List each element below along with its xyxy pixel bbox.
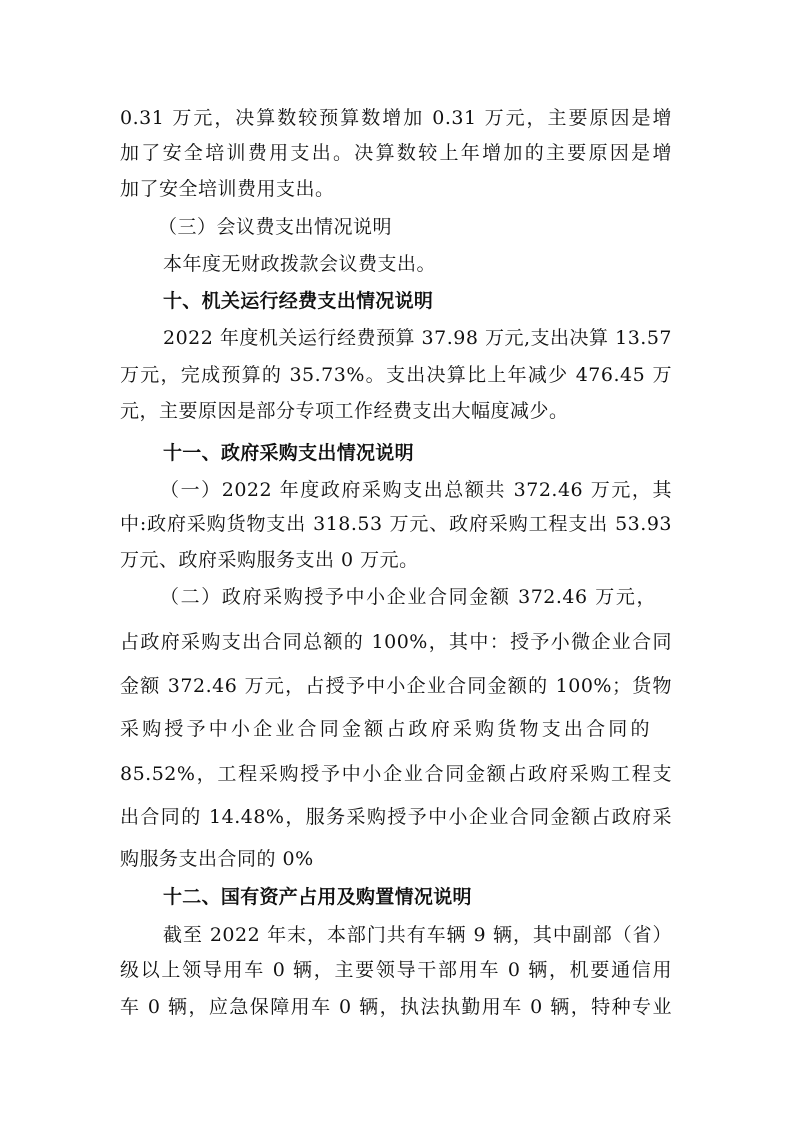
paragraph-line: 本年度无财政拨款会议费支出。 [163, 249, 672, 279]
paragraph-line: 加了安全培训费用支出。决算数较上年增加的主要原因是增 [120, 138, 672, 168]
paragraph-line: 万元、政府采购服务支出 0 万元。 [120, 545, 672, 575]
paragraph-line: 85.52%，工程采购授予中小企业合同金额占政府采购工程支 [120, 759, 672, 789]
paragraph-line: 元，主要原因是部分专项工作经费支出大幅度减少。 [120, 396, 672, 426]
section-heading-10: 十、机关运行经费支出情况说明 [163, 286, 672, 316]
paragraph-line: 占政府采购支出合同总额的 100%，其中：授予小微企业合同 [120, 627, 672, 657]
section-heading-12: 十二、国有资产占用及购置情况说明 [163, 882, 672, 912]
paragraph-line: 采购授予中小企业合同金额占政府采购货物支出合同的 [120, 714, 650, 744]
paragraph-line: （二）政府采购授予中小企业合同金额 372.46 万元， [160, 582, 656, 612]
paragraph-line: 级以上领导用车 0 辆，主要领导干部用车 0 辆，机要通信用 [120, 955, 672, 985]
paragraph-line: （一）2022 年度政府采购支出总额共 372.46 万元，其 [160, 475, 672, 505]
paragraph-line: 0.31 万元，决算数较预算数增加 0.31 万元，主要原因是增 [120, 103, 672, 133]
section-heading-11: 十一、政府采购支出情况说明 [163, 438, 672, 468]
document-page: 0.31 万元，决算数较预算数增加 0.31 万元，主要原因是增 加了安全培训费… [0, 0, 793, 1122]
paragraph-line: 万元，完成预算的 35.73%。支出决算比上年减少 476.45 万 [120, 360, 672, 390]
paragraph-line: 中:政府采购货物支出 318.53 万元、政府采购工程支出 53.93 [120, 509, 672, 539]
paragraph-line: 截至 2022 年末，本部门共有车辆 9 辆，其中副部（省） [163, 920, 672, 950]
paragraph-line: 金额 372.46 万元，占授予中小企业合同金额的 100%；货物 [120, 671, 672, 701]
paragraph-line: 购服务支出合同的 0% [120, 844, 672, 874]
paragraph-line: 车 0 辆，应急保障用车 0 辆，执法执勤用车 0 辆，特种专业 [120, 992, 672, 1022]
paragraph-line: 出合同的 14.48%，服务采购授予中小企业合同金额占政府采 [120, 802, 672, 832]
paragraph-line: 加了安全培训费用支出。 [120, 174, 672, 204]
subheading-meeting-fee: （三）会议费支出情况说明 [158, 212, 667, 242]
paragraph-line: 2022 年度机关运行经费预算 37.98 万元,支出决算 13.57 [163, 323, 672, 353]
